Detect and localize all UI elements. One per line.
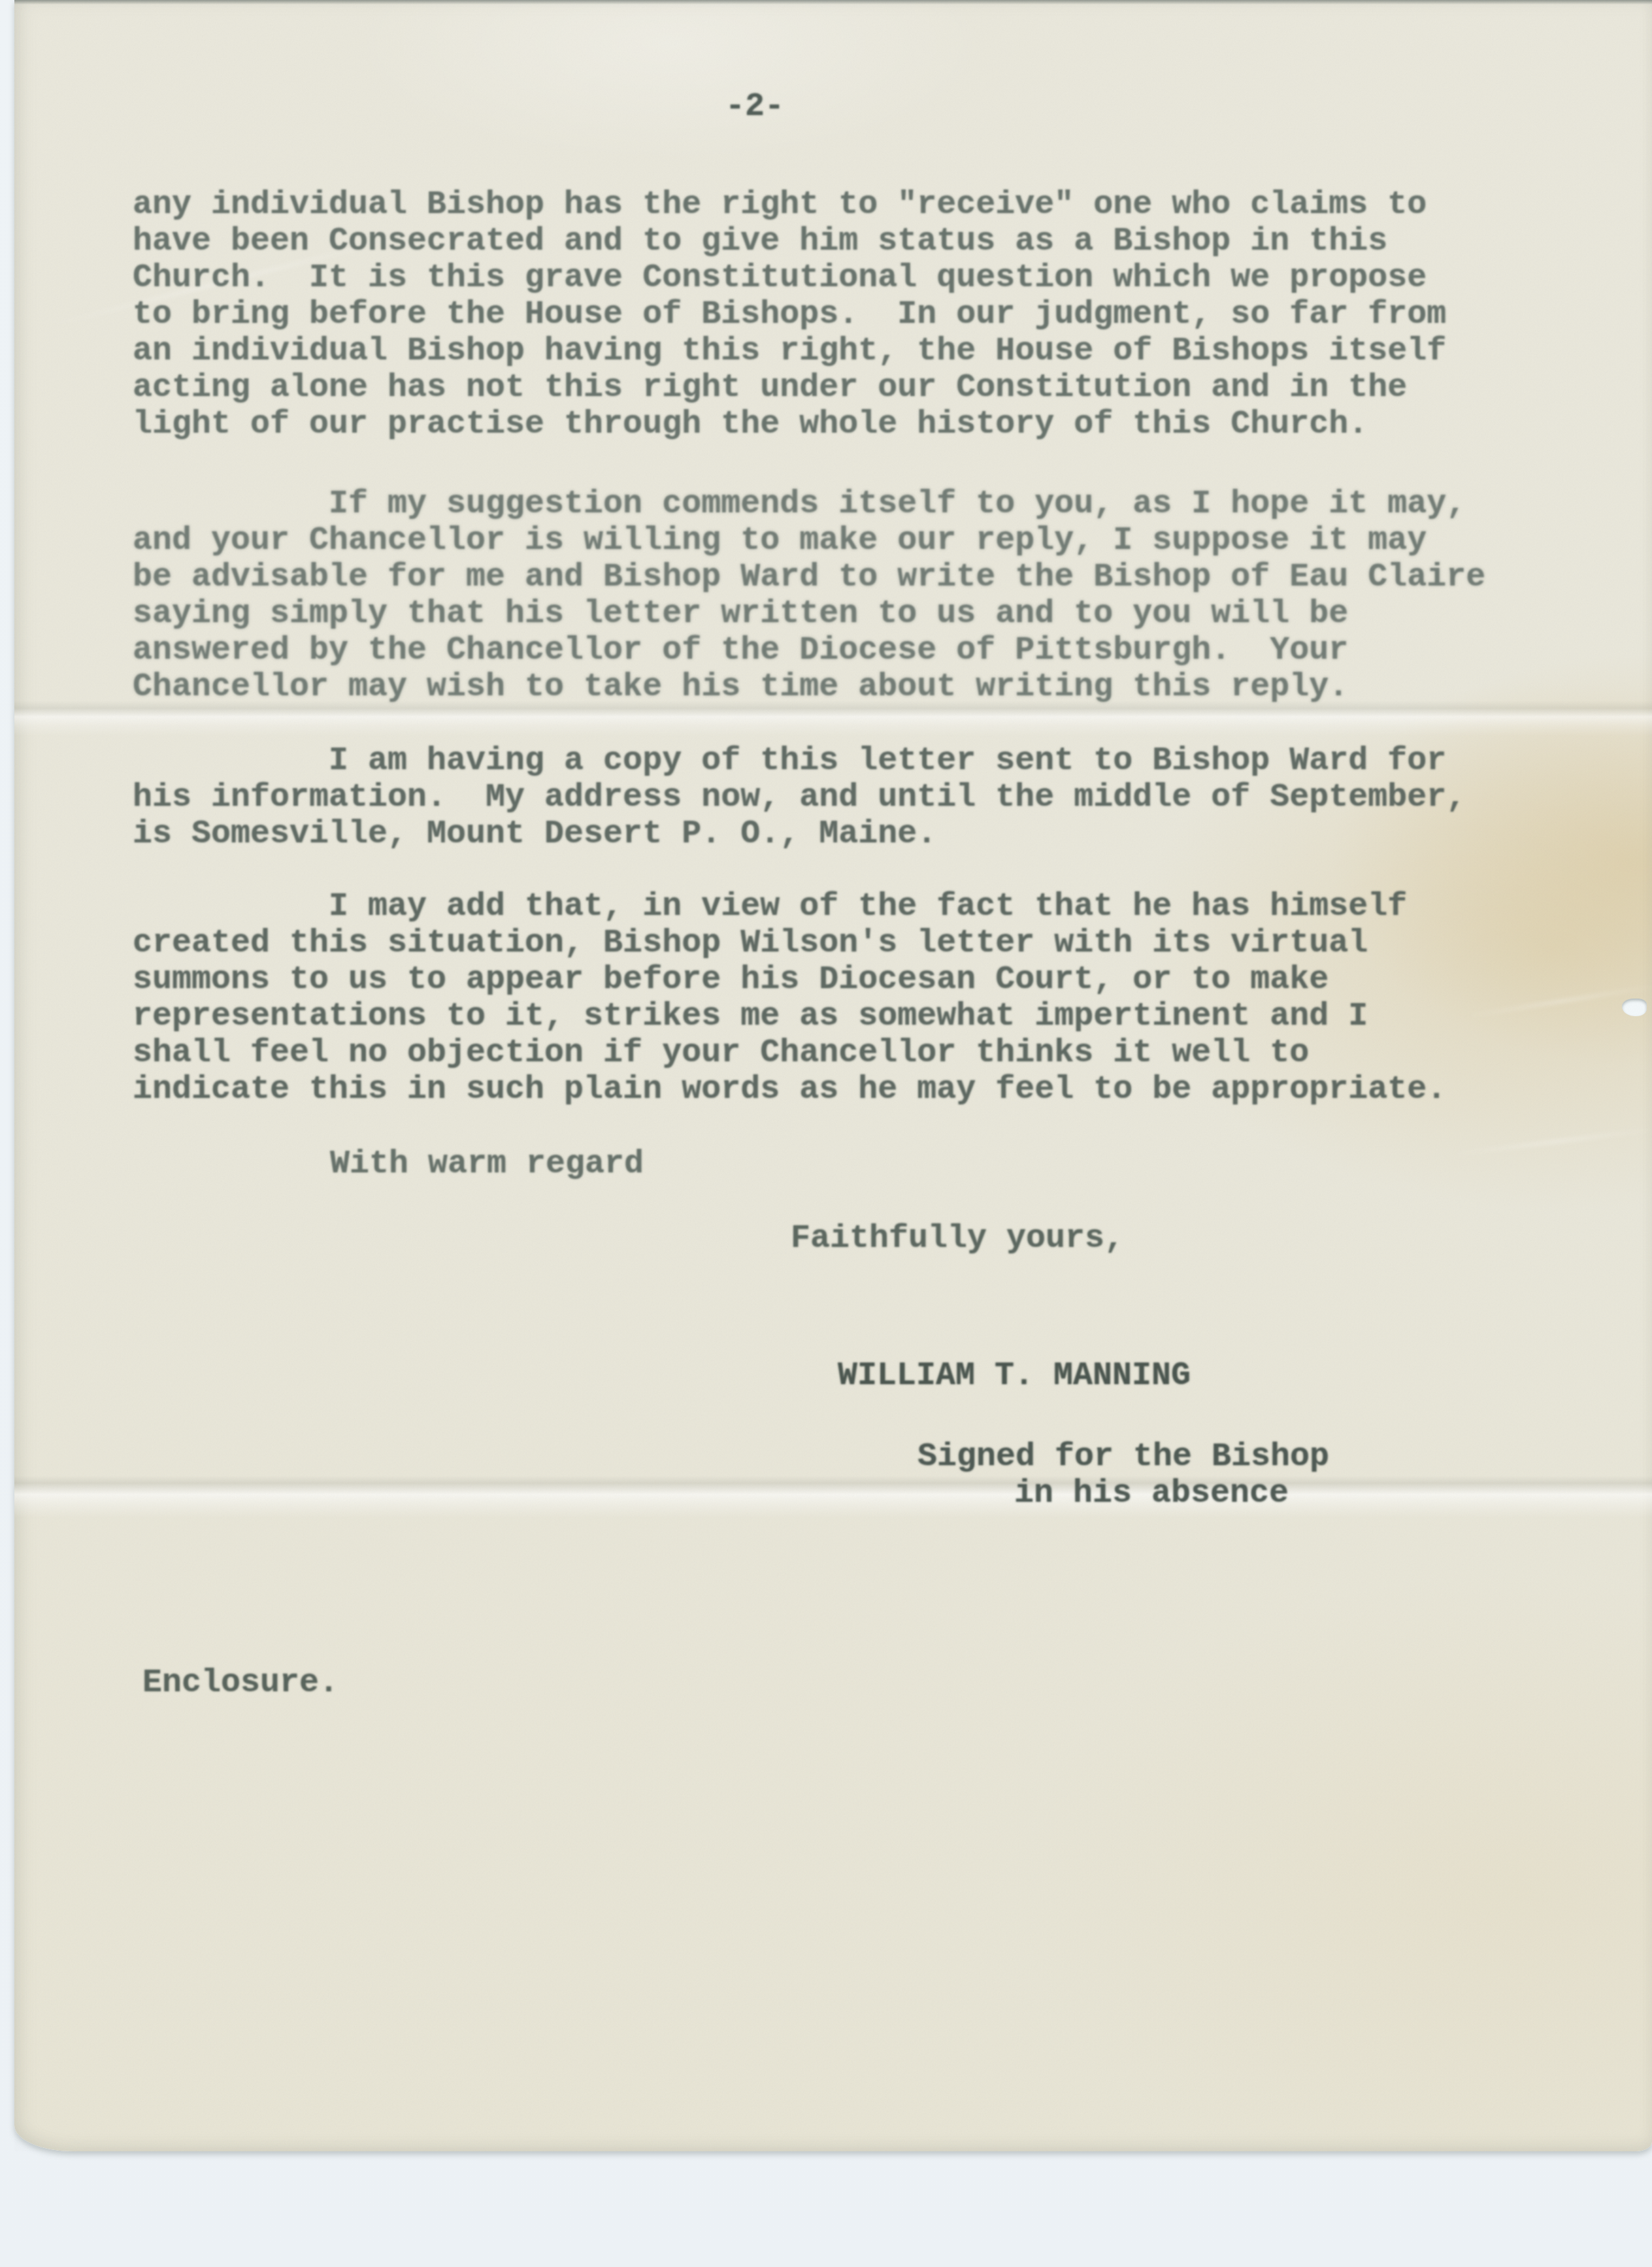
letter-paragraph-3: I am having a copy of this letter sent t… <box>133 743 1466 853</box>
signatory-name: WILLIAM T. MANNING <box>838 1358 1191 1395</box>
paper-top-edge <box>14 0 1652 5</box>
letter-paragraph-1: any individual Bishop has the right to "… <box>133 187 1446 443</box>
scanned-letter-page: -2- any individual Bishop has the right … <box>0 0 1652 2267</box>
paper-tear <box>1622 999 1647 1016</box>
in-his-absence-line: in his absence <box>1014 1476 1289 1512</box>
letter-paragraph-2: If my suggestion commends itself to you,… <box>133 486 1485 706</box>
page-number: -2- <box>725 89 784 125</box>
letter-paragraph-4: I may add that, in view of the fact that… <box>133 889 1446 1108</box>
signed-for-bishop-line: Signed for the Bishop <box>917 1439 1329 1476</box>
closing-regard: With warm regard <box>330 1146 644 1183</box>
enclosure-note: Enclosure. <box>142 1665 339 1702</box>
closing-valediction: Faithfully yours, <box>791 1221 1124 1257</box>
